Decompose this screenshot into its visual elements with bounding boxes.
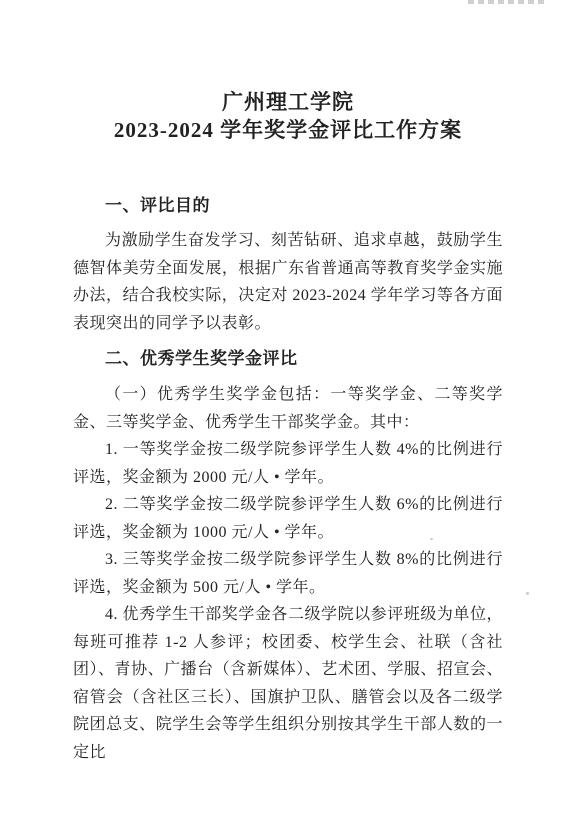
section-2-paragraph-2: 1. 一等奖学金按二级学院参评学生人数 4%的比例进行评选，奖金额为 2000 … xyxy=(73,436,503,491)
scan-speck xyxy=(123,616,127,618)
section-2-heading: 二、优秀学生奖学金评比 xyxy=(73,345,503,372)
section-1-heading: 一、评比目的 xyxy=(73,192,503,219)
section-2-paragraph-1: （一）优秀学生奖学金包括：一等奖学金、二等奖学金、三等奖学金、优秀学生干部奖学金… xyxy=(73,381,503,436)
section-1-paragraph-1: 为激励学生奋发学习、刻苦钻研、追求卓越，鼓励学生德智体美劳全面发展，根据广东省普… xyxy=(73,227,503,337)
section-2-paragraph-5: 4. 优秀学生干部奖学金各二级学院以参评班级为单位，每班可推荐 1-2 人参评；… xyxy=(73,601,503,766)
section-2-paragraph-3: 2. 二等奖学金按二级学院参评学生人数 6%的比例进行评选，奖金额为 1000 … xyxy=(73,491,503,546)
document-content: 广州理工学院 2023-2024 学年奖学金评比工作方案 一、评比目的 为激励学… xyxy=(0,0,576,766)
scan-speck xyxy=(526,592,529,595)
document-page: 广州理工学院 2023-2024 学年奖学金评比工作方案 一、评比目的 为激励学… xyxy=(0,0,576,832)
scan-speck xyxy=(430,538,433,540)
doc-title-line1: 广州理工学院 xyxy=(73,88,503,116)
doc-title-line2: 2023-2024 学年奖学金评比工作方案 xyxy=(73,116,503,144)
section-2-paragraph-4: 3. 三等奖学金按二级学院参评学生人数 8%的比例进行评选，奖金额为 500 元… xyxy=(73,546,503,601)
